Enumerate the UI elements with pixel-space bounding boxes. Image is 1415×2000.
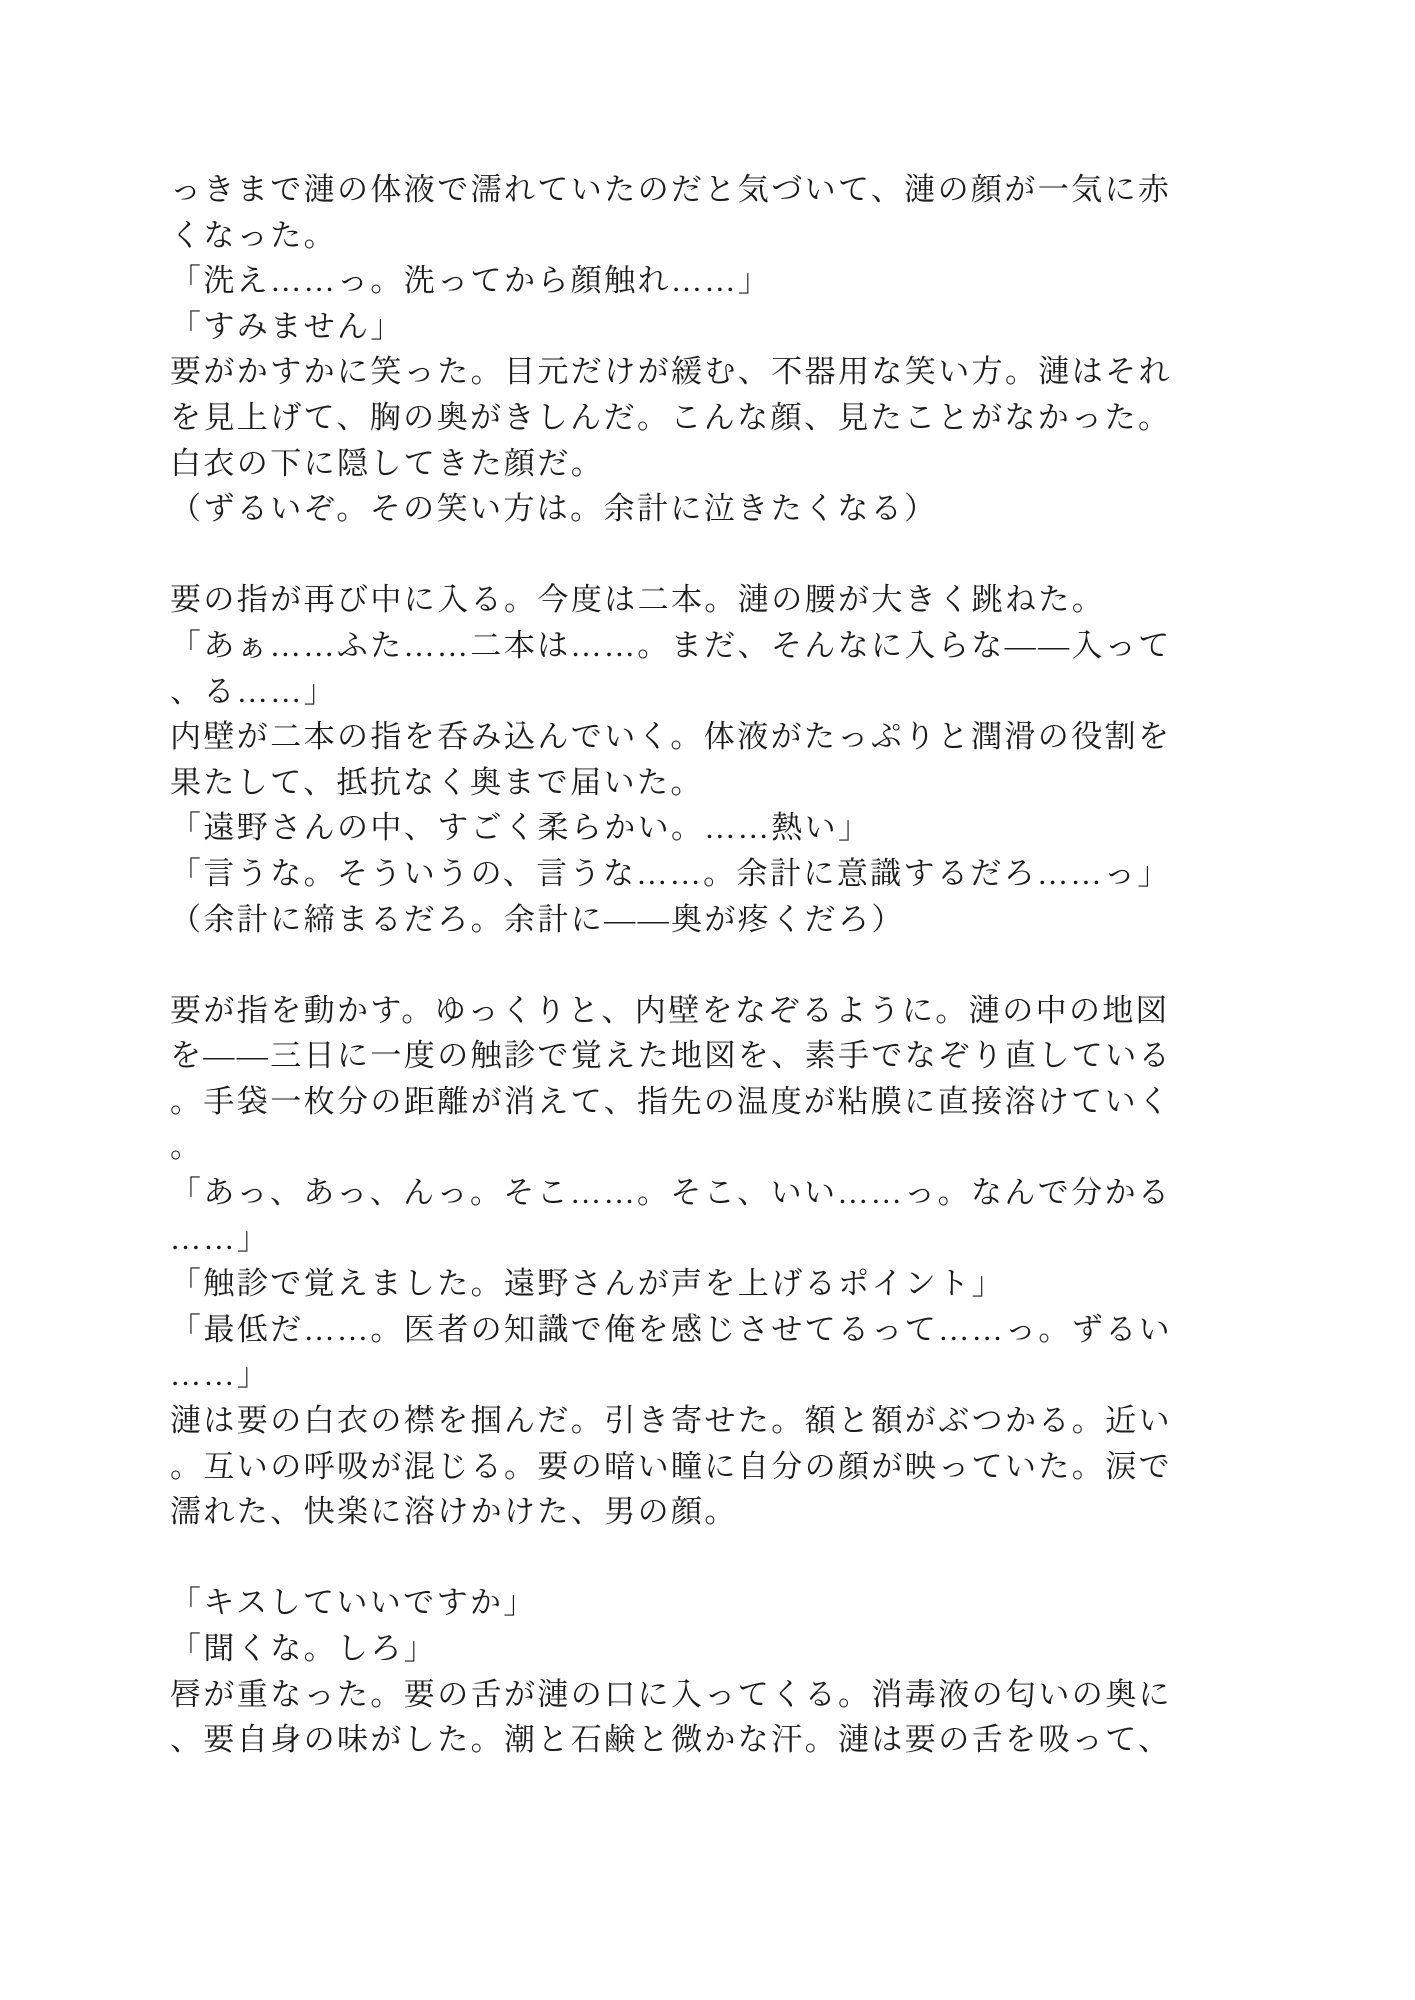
text-line: 。互いの呼吸が混じる。要の暗い瞳に自分の顔が映っていた。涙で — [170, 1444, 1250, 1490]
text-line: ……」 — [170, 1352, 1250, 1398]
text-line: （余計に締まるだろ。余計に——奥が疼くだろ） — [170, 897, 1250, 943]
blank-line — [170, 532, 1250, 578]
blank-line — [170, 1535, 1250, 1581]
text-line: 。手袋一枚分の距離が消えて、指先の温度が粘膜に直接溶けていく — [170, 1079, 1250, 1125]
text-line: 「すみません」 — [170, 304, 1250, 350]
text-line: 内壁が二本の指を呑み込んでいく。体液がたっぷりと潤滑の役割を — [170, 714, 1250, 760]
text-line: 唇が重なった。要の舌が漣の口に入ってくる。消毒液の匂いの奥に — [170, 1672, 1250, 1718]
text-line: 「あっ、あっ、んっ。そこ……。そこ、いい……っ。なんで分かる — [170, 1170, 1250, 1216]
text-line: 「遠野さんの中、すごく柔らかい。……熱い」 — [170, 805, 1250, 851]
text-line: 濡れた、快楽に溶けかけた、男の顔。 — [170, 1489, 1250, 1535]
text-line: 「最低だ……。医者の知識で俺を感じさせてるって……っ。ずるい — [170, 1307, 1250, 1353]
text-line: っきまで漣の体液で濡れていたのだと気づいて、漣の顔が一気に赤 — [170, 167, 1250, 213]
text-line: 「言うな。そういうの、言うな……。余計に意識するだろ……っ」 — [170, 851, 1250, 897]
text-line: 「触診で覚えました。遠野さんが声を上げるポイント」 — [170, 1261, 1250, 1307]
text-line: 要の指が再び中に入る。今度は二本。漣の腰が大きく跳ねた。 — [170, 577, 1250, 623]
text-line: くなった。 — [170, 213, 1250, 259]
text-lines: っきまで漣の体液で濡れていたのだと気づいて、漣の顔が一気に赤くなった。「洗え……… — [170, 167, 1250, 1763]
text-line: 「キスしていいですか」 — [170, 1580, 1250, 1626]
text-line: 「聞くな。しろ」 — [170, 1626, 1250, 1672]
text-line: 白衣の下に隠してきた顔だ。 — [170, 441, 1250, 487]
text-line: （ずるいぞ。その笑い方は。余計に泣きたくなる） — [170, 486, 1250, 532]
document-page: っきまで漣の体液で濡れていたのだと気づいて、漣の顔が一気に赤くなった。「洗え……… — [0, 0, 1415, 2000]
blank-line — [170, 942, 1250, 988]
text-line: ……」 — [170, 1216, 1250, 1262]
text-line: 要がかすかに笑った。目元だけが緩む、不器用な笑い方。漣はそれ — [170, 349, 1250, 395]
text-line: 、る……」 — [170, 669, 1250, 715]
text-line: 。 — [170, 1124, 1250, 1170]
text-line: 「洗え……っ。洗ってから顔触れ……」 — [170, 258, 1250, 304]
text-line: 果たして、抵抗なく奥まで届いた。 — [170, 760, 1250, 806]
text-line: 漣は要の白衣の襟を掴んだ。引き寄せた。額と額がぶつかる。近い — [170, 1398, 1250, 1444]
text-line: を見上げて、胸の奥がきしんだ。こんな顔、見たことがなかった。 — [170, 395, 1250, 441]
text-line: を——三日に一度の触診で覚えた地図を、素手でなぞり直している — [170, 1033, 1250, 1079]
text-line: 要が指を動かす。ゆっくりと、内壁をなぞるように。漣の中の地図 — [170, 988, 1250, 1034]
text-line: 「あぁ……ふた……二本は……。まだ、そんなに入らな——入って — [170, 623, 1250, 669]
text-line: 、要自身の味がした。潮と石鹸と微かな汗。漣は要の舌を吸って、 — [170, 1717, 1250, 1763]
